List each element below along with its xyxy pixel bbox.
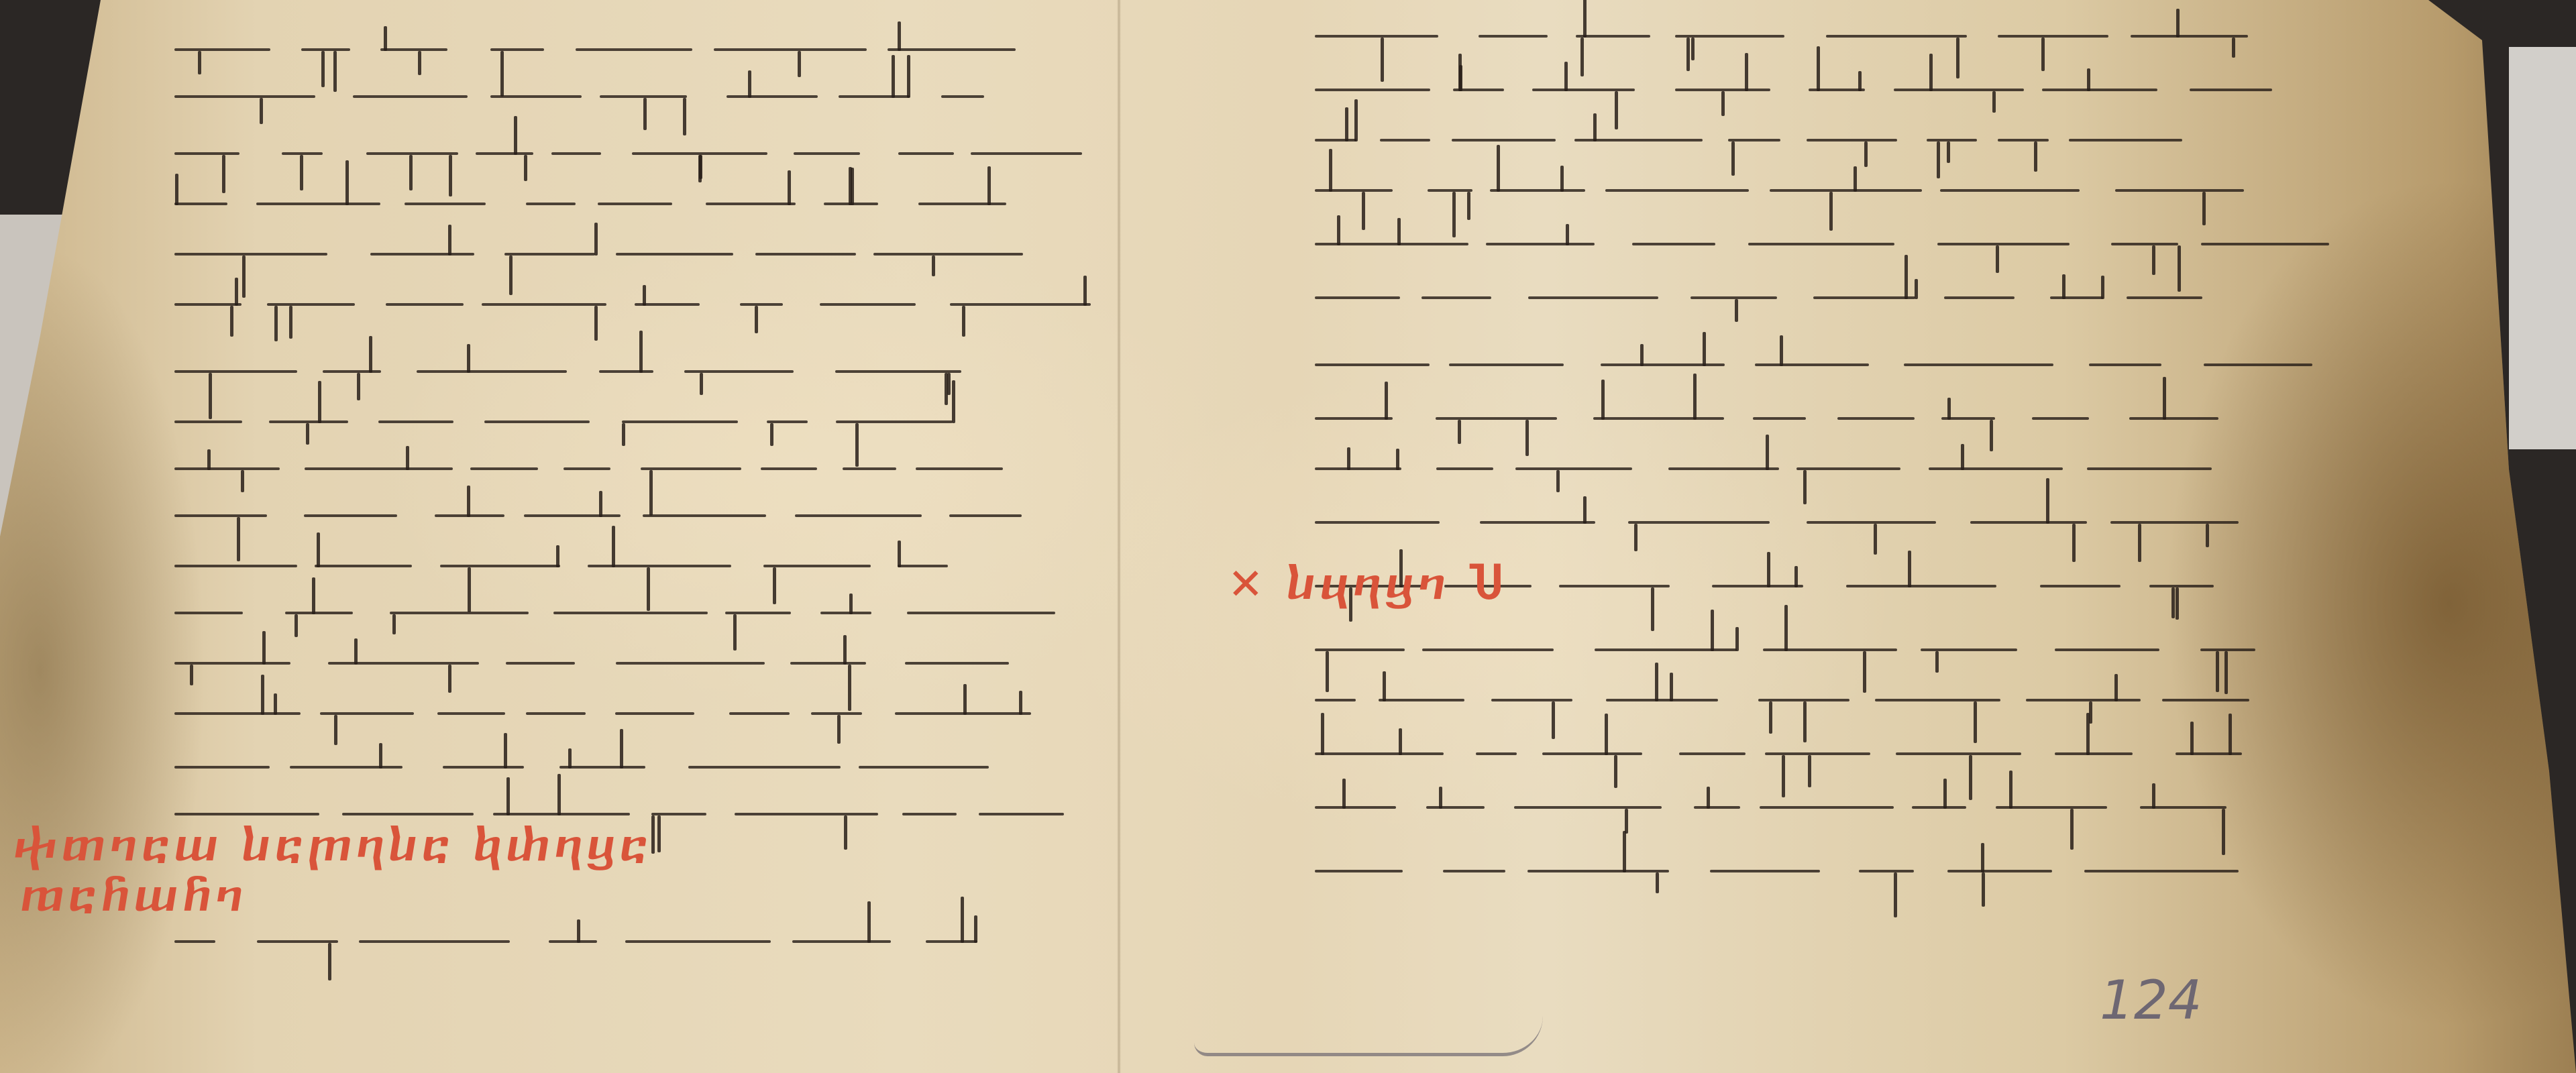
- script-line: [1315, 13, 2254, 40]
- script-line: [1315, 446, 2254, 473]
- parchment-leaf: ⴕⴇⴈⴀⴍ ⴑⴀⴜⴄⴑⴀ ⴉⴐⴄⴁⴀ ⴊⴀⴌⴍⴌⴈ ✕ ⴑⴗⴄⴁⴈ Ⴎ 124: [0, 0, 2576, 1073]
- script-line: [174, 74, 1020, 101]
- pencil-signature: [1194, 993, 1543, 1056]
- script-line: [174, 27, 1020, 54]
- script-line: [1315, 731, 2254, 758]
- script-line: [174, 446, 1020, 473]
- script-line: [174, 543, 1020, 570]
- script-line: [1315, 168, 2254, 194]
- script-line: [174, 282, 1020, 308]
- script-line: [174, 181, 1020, 208]
- script-line: [1315, 221, 2254, 248]
- script-line: [1315, 117, 2254, 144]
- script-line: [174, 791, 1020, 818]
- script-line: [1315, 342, 2254, 369]
- script-line: [1315, 627, 2254, 654]
- script-line: [174, 590, 1020, 617]
- script-line: [174, 231, 1020, 258]
- script-line: [1315, 677, 2254, 704]
- script-line: [1315, 785, 2254, 811]
- script-line: [174, 493, 1020, 520]
- script-line: [174, 919, 1020, 946]
- rubric-left-line2: ⴊⴀⴌⴍⴌⴈ: [20, 872, 248, 921]
- support-tissue-right: [2509, 47, 2576, 449]
- script-line: [174, 691, 1020, 718]
- script-line: [174, 349, 1020, 376]
- script-line: [174, 131, 1020, 158]
- script-line: [1315, 275, 2254, 302]
- script-line: [1315, 848, 2254, 875]
- script-line: [174, 744, 1020, 771]
- rubric-right-mark: ✕ ⴑⴗⴄⴁⴈ Ⴎ: [1228, 560, 1507, 610]
- script-line: [1315, 500, 2254, 526]
- folio-number: 124: [2100, 969, 2202, 1031]
- center-fold: [1117, 0, 1121, 1073]
- script-line: [1315, 67, 2254, 94]
- script-line: [174, 640, 1020, 667]
- script-line: [174, 399, 1020, 426]
- rubric-left-line1: ⴕⴇⴈⴀⴍ ⴑⴀⴜⴄⴑⴀ ⴉⴐⴄⴁⴀ: [13, 822, 652, 871]
- script-line: [1315, 396, 2254, 422]
